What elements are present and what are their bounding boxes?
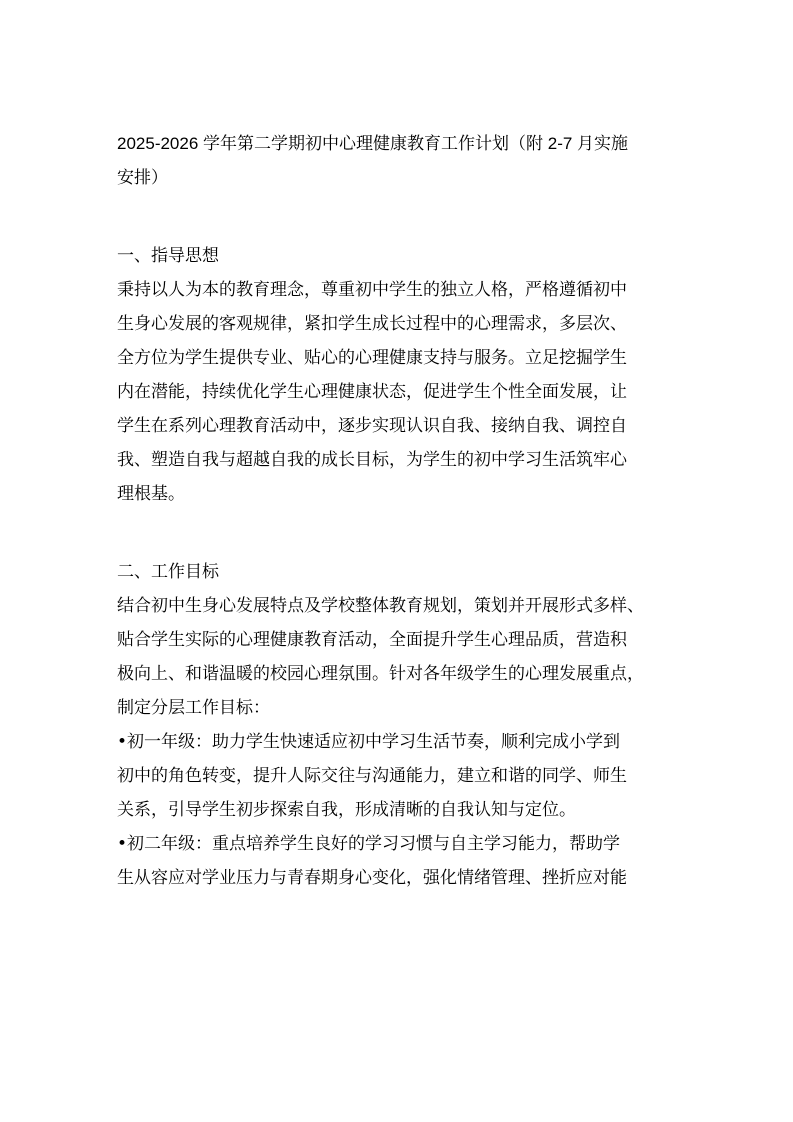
paragraph-line: 学生在系列心理教育活动中，逐步实现认识自我、接纳自我、调控自	[117, 409, 683, 443]
paragraph-line: 内在潜能，持续优化学生心理健康状态，促进学生个性全面发展，让	[117, 375, 683, 409]
section-heading: 二、工作目标	[117, 555, 683, 589]
paragraph-line: 生身心发展的客观规律，紧扣学生成长过程中的心理需求，多层次、	[117, 307, 683, 341]
bullet-item-grade-7: •初一年级：助力学生快速适应初中学习生活节奏，顺利完成小学到 初中的角色转变，提…	[117, 725, 683, 827]
title-line-1: 2025-2026 学年第二学期初中心理健康教育工作计划（附 2-7 月实施	[117, 127, 683, 161]
section-paragraph: 结合初中生身心发展特点及学校整体教育规划，策划并开展形式多样、 贴合学生实际的心…	[117, 589, 683, 725]
spacer	[117, 195, 683, 239]
paragraph-line: 我、塑造自我与超越自我的成长目标，为学生的初中学习生活筑牢心	[117, 443, 683, 477]
paragraph-line: 秉持以人为本的教育理念，尊重初中学生的独立人格，严格遵循初中	[117, 273, 683, 307]
paragraph-line: 全方位为学生提供专业、贴心的心理健康支持与服务。立足挖掘学生	[117, 341, 683, 375]
paragraph-line: 极向上、和谐温暖的校园心理氛围。针对各年级学生的心理发展重点，	[117, 657, 683, 691]
bullet-line: 生从容应对学业压力与青春期身心变化，强化情绪管理、挫折应对能	[117, 861, 683, 895]
document-title: 2025-2026 学年第二学期初中心理健康教育工作计划（附 2-7 月实施 安…	[117, 127, 683, 195]
paragraph-line: 制定分层工作目标：	[117, 691, 683, 725]
bullet-line: 关系，引导学生初步探索自我，形成清晰的自我认知与定位。	[117, 793, 683, 827]
paragraph-line: 贴合学生实际的心理健康教育活动，全面提升学生心理品质，营造积	[117, 623, 683, 657]
section-work-goals: 二、工作目标 结合初中生身心发展特点及学校整体教育规划，策划并开展形式多样、 贴…	[117, 555, 683, 895]
section-guiding-ideology: 一、指导思想 秉持以人为本的教育理念，尊重初中学生的独立人格，严格遵循初中 生身…	[117, 239, 683, 511]
paragraph-line: 结合初中生身心发展特点及学校整体教育规划，策划并开展形式多样、	[117, 589, 683, 623]
spacer	[117, 511, 683, 555]
document-page: 2025-2026 学年第二学期初中心理健康教育工作计划（附 2-7 月实施 安…	[117, 127, 683, 895]
paragraph-line: 理根基。	[117, 477, 683, 511]
title-line-2: 安排）	[117, 161, 683, 195]
bullet-item-grade-8: •初二年级：重点培养学生良好的学习习惯与自主学习能力，帮助学 生从容应对学业压力…	[117, 827, 683, 895]
section-heading: 一、指导思想	[117, 239, 683, 273]
bullet-line: •初一年级：助力学生快速适应初中学习生活节奏，顺利完成小学到	[117, 725, 683, 759]
bullet-line: 初中的角色转变，提升人际交往与沟通能力，建立和谐的同学、师生	[117, 759, 683, 793]
bullet-line: •初二年级：重点培养学生良好的学习习惯与自主学习能力，帮助学	[117, 827, 683, 861]
section-paragraph: 秉持以人为本的教育理念，尊重初中学生的独立人格，严格遵循初中 生身心发展的客观规…	[117, 273, 683, 511]
